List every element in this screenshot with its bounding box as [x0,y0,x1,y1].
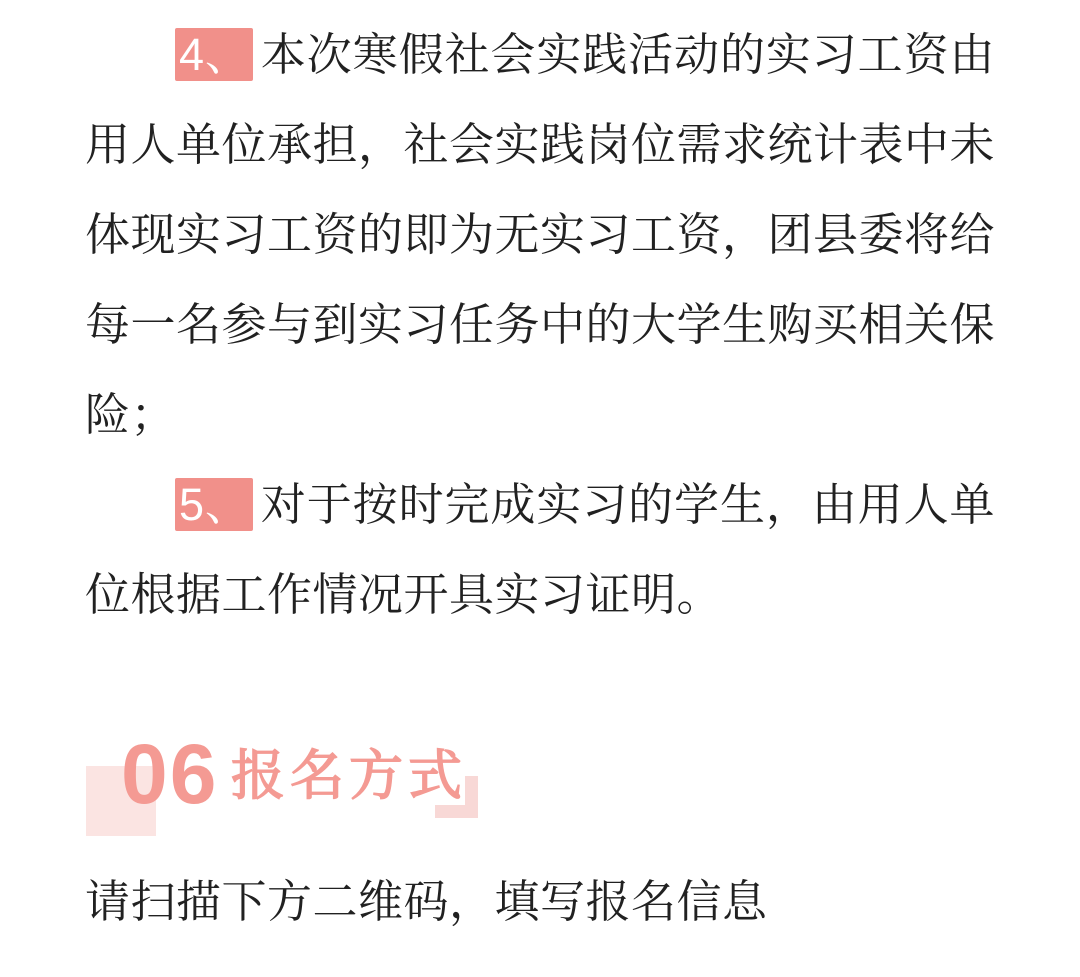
section-header: 06 报名方式 [85,740,995,840]
section-title: 报名方式 [231,749,467,803]
section-number: 06 [121,732,218,816]
list-item-5: 5、对于按时完成实习的学生，由用人单位根据工作情况开具实习证明。 [85,460,995,640]
article-body: 4、本次寒假社会实践活动的实习工资由用人单位承担，社会实践岗位需求统计表中未体现… [0,0,1080,947]
corner-bracket-icon [435,776,478,818]
article-page: 4、本次寒假社会实践活动的实习工资由用人单位承担，社会实践岗位需求统计表中未体现… [0,0,1080,977]
list-item-4: 4、本次寒假社会实践活动的实习工资由用人单位承担，社会实践岗位需求统计表中未体现… [85,10,995,460]
item-number-badge-5: 5、 [175,478,253,531]
list-item-4-text: 本次寒假社会实践活动的实习工资由用人单位承担，社会实践岗位需求统计表中未体现实习… [85,29,995,440]
item-number-badge-4: 4、 [175,28,253,81]
footer-instruction: 请扫描下方二维码，填写报名信息 [85,857,995,947]
